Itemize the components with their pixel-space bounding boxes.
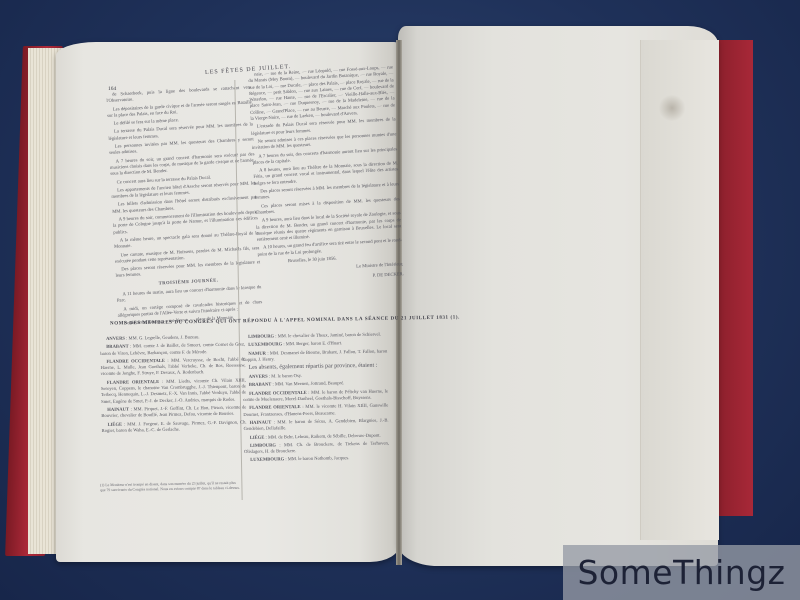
absent-entry: FLANDRE OCCIDENTALE : MM. le baron de Pé… (243, 388, 388, 403)
book-gutter (396, 40, 402, 565)
member-entry: HAINAUT : MM. Pirquet, J.-F. Goffint, Ch… (101, 404, 246, 419)
watermark-banner: SomeThingz (563, 545, 800, 600)
member-entry: NAMUR : MM. Desmanet de Biesme, Brabant,… (242, 348, 387, 363)
text-column-b: naie, — rue de la Reine, — rue Léopold, … (248, 64, 404, 284)
text-column-a: de Schaerbeek, puis la ligne des bouleva… (106, 84, 263, 329)
page-stain (658, 95, 686, 121)
absent-entry: FLANDRE ORIENTALE : MM. le vicomte H. Vi… (243, 403, 388, 418)
member-entry: LUXEMBOURG : MM. Berger, baron E. d'Huar… (242, 340, 387, 349)
members-list-left: ANVERS : MM. G. Legrelle, Geudens, J. Bu… (100, 333, 247, 436)
book-cover-right-edge (715, 40, 753, 516)
members-list-right: LIMBOURG : MM. le chevalier de Theux, Ja… (242, 331, 389, 465)
absent-entry: LUXEMBOURG : MM. le baron Nothomb, Jacqu… (244, 455, 389, 464)
absent-intro: Les absents, également répartis par prov… (243, 363, 388, 373)
absent-entry: BRABANT : MM. Van Meenen, Jottrand, Beau… (243, 380, 388, 389)
member-entry: FLANDRE ORIENTALE : MM. Liedts, vicomte … (101, 377, 246, 405)
absent-entry: HAINAUT : MM. le baron de Sécus, A. Gend… (244, 417, 389, 432)
absent-entry: LIÉGE : MM. de Behr, Lebeau, Raikem, de … (244, 432, 389, 441)
watermark-text: SomeThingz (577, 553, 785, 592)
member-entry: FLANDRE OCCIDENTALE : MM. Vercruysse, de… (100, 356, 245, 377)
member-entry: ANVERS : MM. G. Legrelle, Geudens, J. Bu… (100, 333, 245, 342)
member-entry: LIÉGE : MM. J. Forgeur, E. de Sauvage, P… (101, 419, 246, 434)
absent-entry: LIMBOURG : MM. Ch. de Brouckere, de Tiek… (244, 440, 389, 455)
paragraph: naie, — rue de la Reine, — rue Léopold, … (248, 64, 395, 122)
member-entry: LIMBOURG : MM. le chevalier de Theux, Ja… (242, 331, 387, 340)
member-entry: BRABANT : MM. comte J. de Baillet, de Sm… (100, 342, 245, 357)
absent-entry: ANVERS : M. le baron Osy. (243, 372, 388, 381)
